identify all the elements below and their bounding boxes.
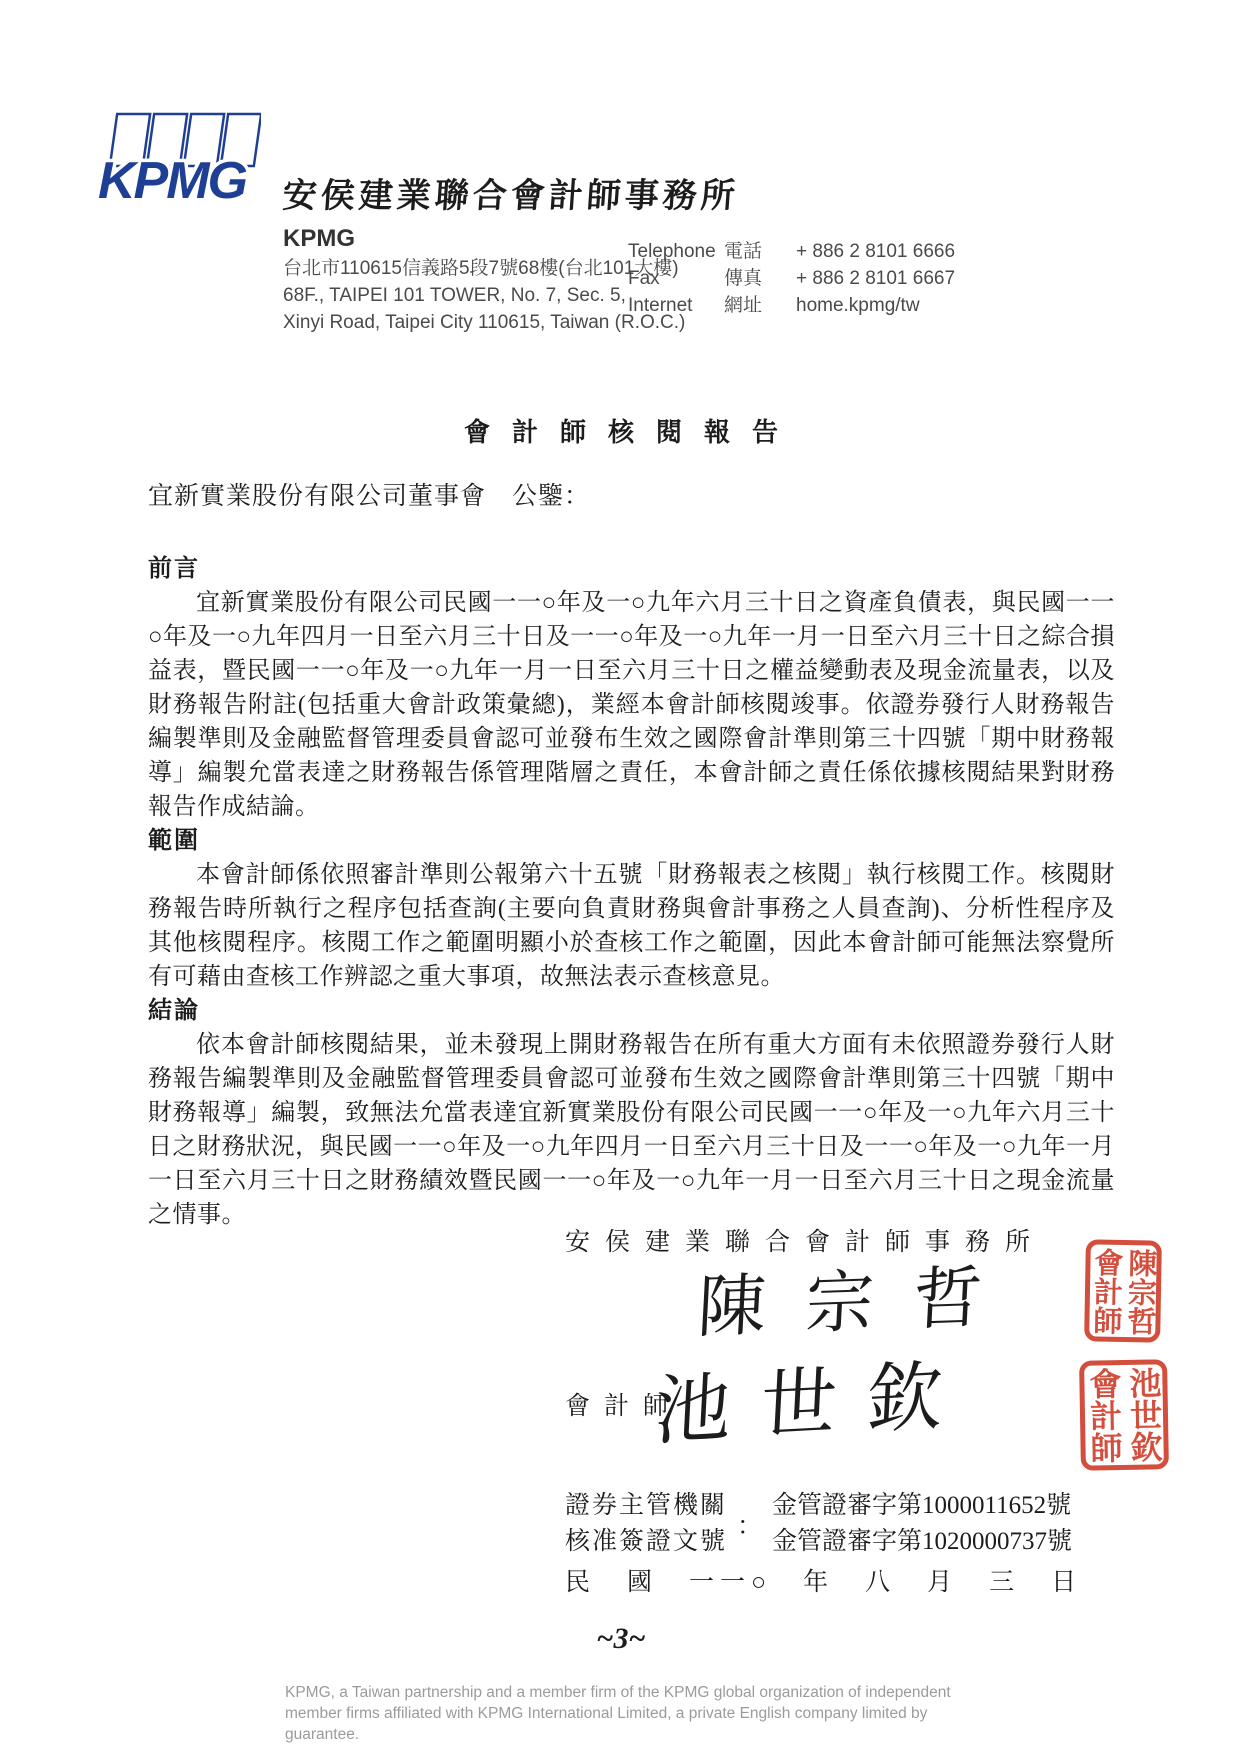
section-heading-scope: 範圍: [148, 824, 1115, 858]
contact-info: Telephone 電話 + 886 2 8101 6666 Fax 傳真 + …: [628, 238, 955, 319]
contact-label-en: Internet: [628, 292, 724, 319]
approval-label-line1: 證券主管機關: [565, 1488, 727, 1524]
section-conclusion: 結論 依本會計師核閱結果，並未發現上開財務報告在所有重大方面有未依照證券發行人財…: [148, 994, 1115, 1232]
contact-row-internet: Internet 網址 home.kpmg/tw: [628, 292, 955, 319]
section-heading-preface: 前言: [148, 552, 1115, 586]
contact-label-en: Fax: [628, 265, 724, 292]
section-text-scope: 本會計師係依照審計準則公報第六十五號「財務報表之核閱」執行核閱工作。核閱財務報告…: [148, 858, 1115, 994]
kpmg-logo-icon: KPMG: [96, 108, 261, 208]
report-title: 會計師核閱報告: [0, 412, 1242, 449]
section-text-preface: 宜新實業股份有限公司民國一一○年及一○九年六月三十日之資產負債表，與民國一一○年…: [148, 586, 1115, 824]
contact-value: home.kpmg/tw: [796, 292, 920, 319]
contact-value: + 886 2 8101 6667: [796, 265, 955, 292]
contact-label-zh: 電話: [724, 238, 796, 265]
report-date: 民 國 一一○ 年 八 月 三 日: [565, 1562, 1082, 1598]
approval-label-line2: 核准簽證文號: [565, 1524, 727, 1560]
contact-row-telephone: Telephone 電話 + 886 2 8101 6666: [628, 238, 955, 265]
contact-label-zh: 傳真: [724, 265, 796, 292]
section-preface: 前言 宜新實業股份有限公司民國一一○年及一○九年六月三十日之資產負債表，與民國一…: [148, 552, 1115, 824]
contact-value: + 886 2 8101 6666: [796, 238, 955, 265]
report-body: 前言 宜新實業股份有限公司民國一一○年及一○九年六月三十日之資產負債表，與民國一…: [148, 552, 1115, 1232]
contact-label-en: Telephone: [628, 238, 724, 265]
review-report-page: KPMG 安侯建業聯合會計師事務所 KPMG 台北市110615信義路5段7號6…: [0, 0, 1242, 1754]
approval-numbers: 證券主管機關 核准簽證文號 ： 金管證審字第1000011652號 金管證審字第…: [565, 1488, 1072, 1560]
addressee-line: 宜新實業股份有限公司董事會 公鑒：: [148, 476, 590, 512]
approval-labels: 證券主管機關 核准簽證文號: [565, 1488, 727, 1560]
section-text-conclusion: 依本會計師核閱結果，並未發現上開財務報告在所有重大方面有未依照證券發行人財務報告…: [148, 1028, 1115, 1232]
approval-number-2: 金管證審字第1020000737號: [772, 1524, 1072, 1560]
approval-colon: ：: [737, 1506, 762, 1542]
approval-values: 金管證審字第1000011652號 金管證審字第1020000737號: [772, 1488, 1072, 1560]
section-heading-conclusion: 結論: [148, 994, 1115, 1028]
approval-number-1: 金管證審字第1000011652號: [772, 1488, 1072, 1524]
accountant-signature-2: 池世欽: [652, 1333, 975, 1459]
contact-label-zh: 網址: [724, 292, 796, 319]
firm-name-calligraphy: 安侯建業聯合會計師事務所: [281, 168, 740, 217]
red-seal-stamp-1: 陳宗哲會計師: [1084, 1239, 1162, 1342]
kpmg-logo: KPMG: [96, 108, 261, 213]
legal-disclaimer: KPMG, a Taiwan partnership and a member …: [285, 1682, 985, 1745]
page-number: ~3~: [0, 1622, 1242, 1656]
section-scope: 範圍 本會計師係依照審計準則公報第六十五號「財務報表之核閱」執行核閱工作。核閱財…: [148, 824, 1115, 994]
contact-row-fax: Fax 傳真 + 886 2 8101 6667: [628, 265, 955, 292]
kpmg-logo-text: KPMG: [98, 152, 247, 208]
red-seal-stamp-2: 池世欽會計師: [1079, 1359, 1169, 1471]
